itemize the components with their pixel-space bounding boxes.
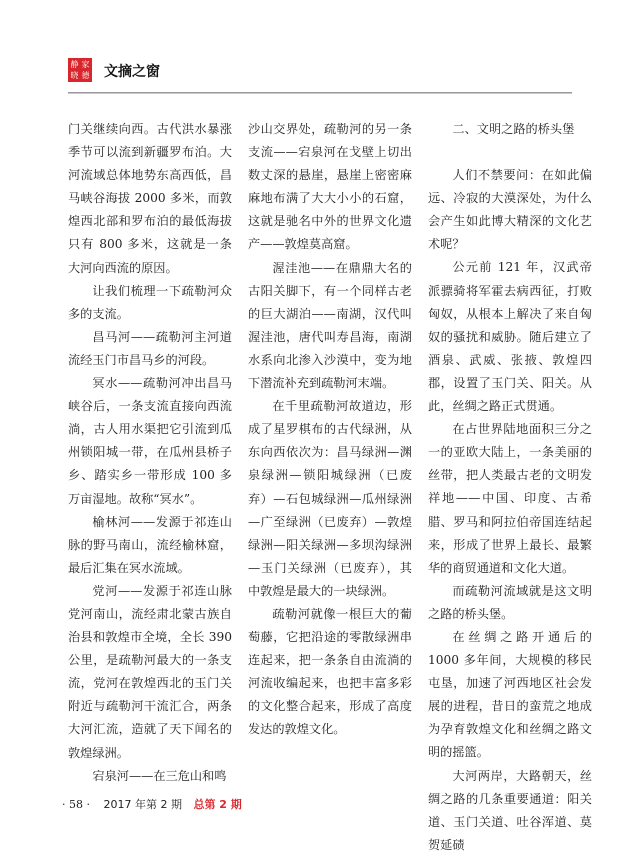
paragraph: 在千里疏勒河故道边，形成了星罗棋布的古代绿洲，从东向西依次为：昌马绿洲—渊泉绿洲… bbox=[248, 395, 412, 603]
text-column-1: 门关继续向西。古代洪水暴涨季节可以流到新疆罗布泊。大河流域总体地势东高西低，昌马… bbox=[68, 118, 232, 788]
paragraph: 宕泉河——在三危山和鸣 bbox=[68, 765, 232, 788]
paragraph: 门关继续向西。古代洪水暴涨季节可以流到新疆罗布泊。大河流域总体地势东高西低，昌马… bbox=[68, 118, 232, 280]
publication-logo: 静家晓德 bbox=[68, 58, 92, 82]
text-column-3: 二、文明之路的桥头堡 人们不禁要问：在如此偏远、冷寂的大漠深处，为什么会产生如此… bbox=[428, 118, 592, 857]
logo-char: 静 bbox=[69, 59, 80, 70]
page-footer: · 58 · 2017 年第 2 期 总第 2 期 bbox=[62, 796, 242, 812]
paragraph: 人们不禁要问：在如此偏远、冷寂的大漠深处，为什么会产生如此博大精深的文化艺术呢？ bbox=[428, 164, 592, 256]
paragraph: 公元前 121 年，汉武帝派骠骑将军霍去病西征，打败匈奴，从根本上解决了来自匈奴… bbox=[428, 256, 592, 418]
logo-char: 家 bbox=[80, 59, 91, 70]
paragraph: 党河——发源于祁连山脉党河南山，流经肃北蒙古族自治县和敦煌市全境，全长 390 … bbox=[68, 580, 232, 765]
paragraph: 大河两岸，大路朝天，丝绸之路的几条重要通道：阳关道、玉门关道、吐谷浑道、莫贺延碛 bbox=[428, 765, 592, 857]
issue-label: 2017 年第 2 期 bbox=[103, 798, 181, 811]
paragraph: 榆林河——发源于祁连山脉的野马南山，流经榆林窟，最后汇集在冥水流域。 bbox=[68, 511, 232, 580]
paragraph: 昌马河——疏勒河主河道流经玉门市昌马乡的河段。 bbox=[68, 326, 232, 372]
page-number: · 58 · bbox=[62, 798, 90, 811]
paragraph: 在丝绸之路开通后的 1000 多年间，大规模的移民屯垦，加速了河西地区社会发展的… bbox=[428, 626, 592, 765]
header-rule bbox=[68, 92, 572, 93]
paragraph: 疏勒河就像一根巨大的葡萄藤，它把沿途的零散绿洲串连起来，把一条条自由流淌的河流收… bbox=[248, 603, 412, 742]
text-column-2: 沙山交界处，疏勒河的另一条支流——宕泉河在戈壁上切出数丈深的悬崖，悬崖上密密麻麻… bbox=[248, 118, 412, 742]
logo-char: 德 bbox=[80, 70, 91, 81]
paragraph: 沙山交界处，疏勒河的另一条支流——宕泉河在戈壁上切出数丈深的悬崖，悬崖上密密麻麻… bbox=[248, 118, 412, 257]
paragraph: 而疏勒河流域就是这文明之路的桥头堡。 bbox=[428, 580, 592, 626]
paragraph: 冥水——疏勒河冲出昌马峡谷后，一条支流直接向西流淌，古人用水渠把它引流到瓜州锁阳… bbox=[68, 372, 232, 511]
total-issue-label: 总第 2 期 bbox=[193, 798, 241, 811]
paragraph: 让我们梳理一下疏勒河众多的支流。 bbox=[68, 280, 232, 326]
page-header: 静家晓德 文摘之窗 bbox=[68, 58, 572, 88]
column-title: 文摘之窗 bbox=[104, 61, 160, 81]
paragraph: 在占世界陆地面积三分之一的亚欧大陆上，一条美丽的丝带，把人类最古老的文明发祥地—… bbox=[428, 418, 592, 580]
paragraph: 渥洼池——在鼎鼎大名的古阳关脚下，有一个同样古老的巨大湖泊——南湖，汉代叫渥洼池… bbox=[248, 257, 412, 396]
section-heading: 二、文明之路的桥头堡 bbox=[428, 118, 592, 141]
logo-char: 晓 bbox=[69, 70, 80, 81]
